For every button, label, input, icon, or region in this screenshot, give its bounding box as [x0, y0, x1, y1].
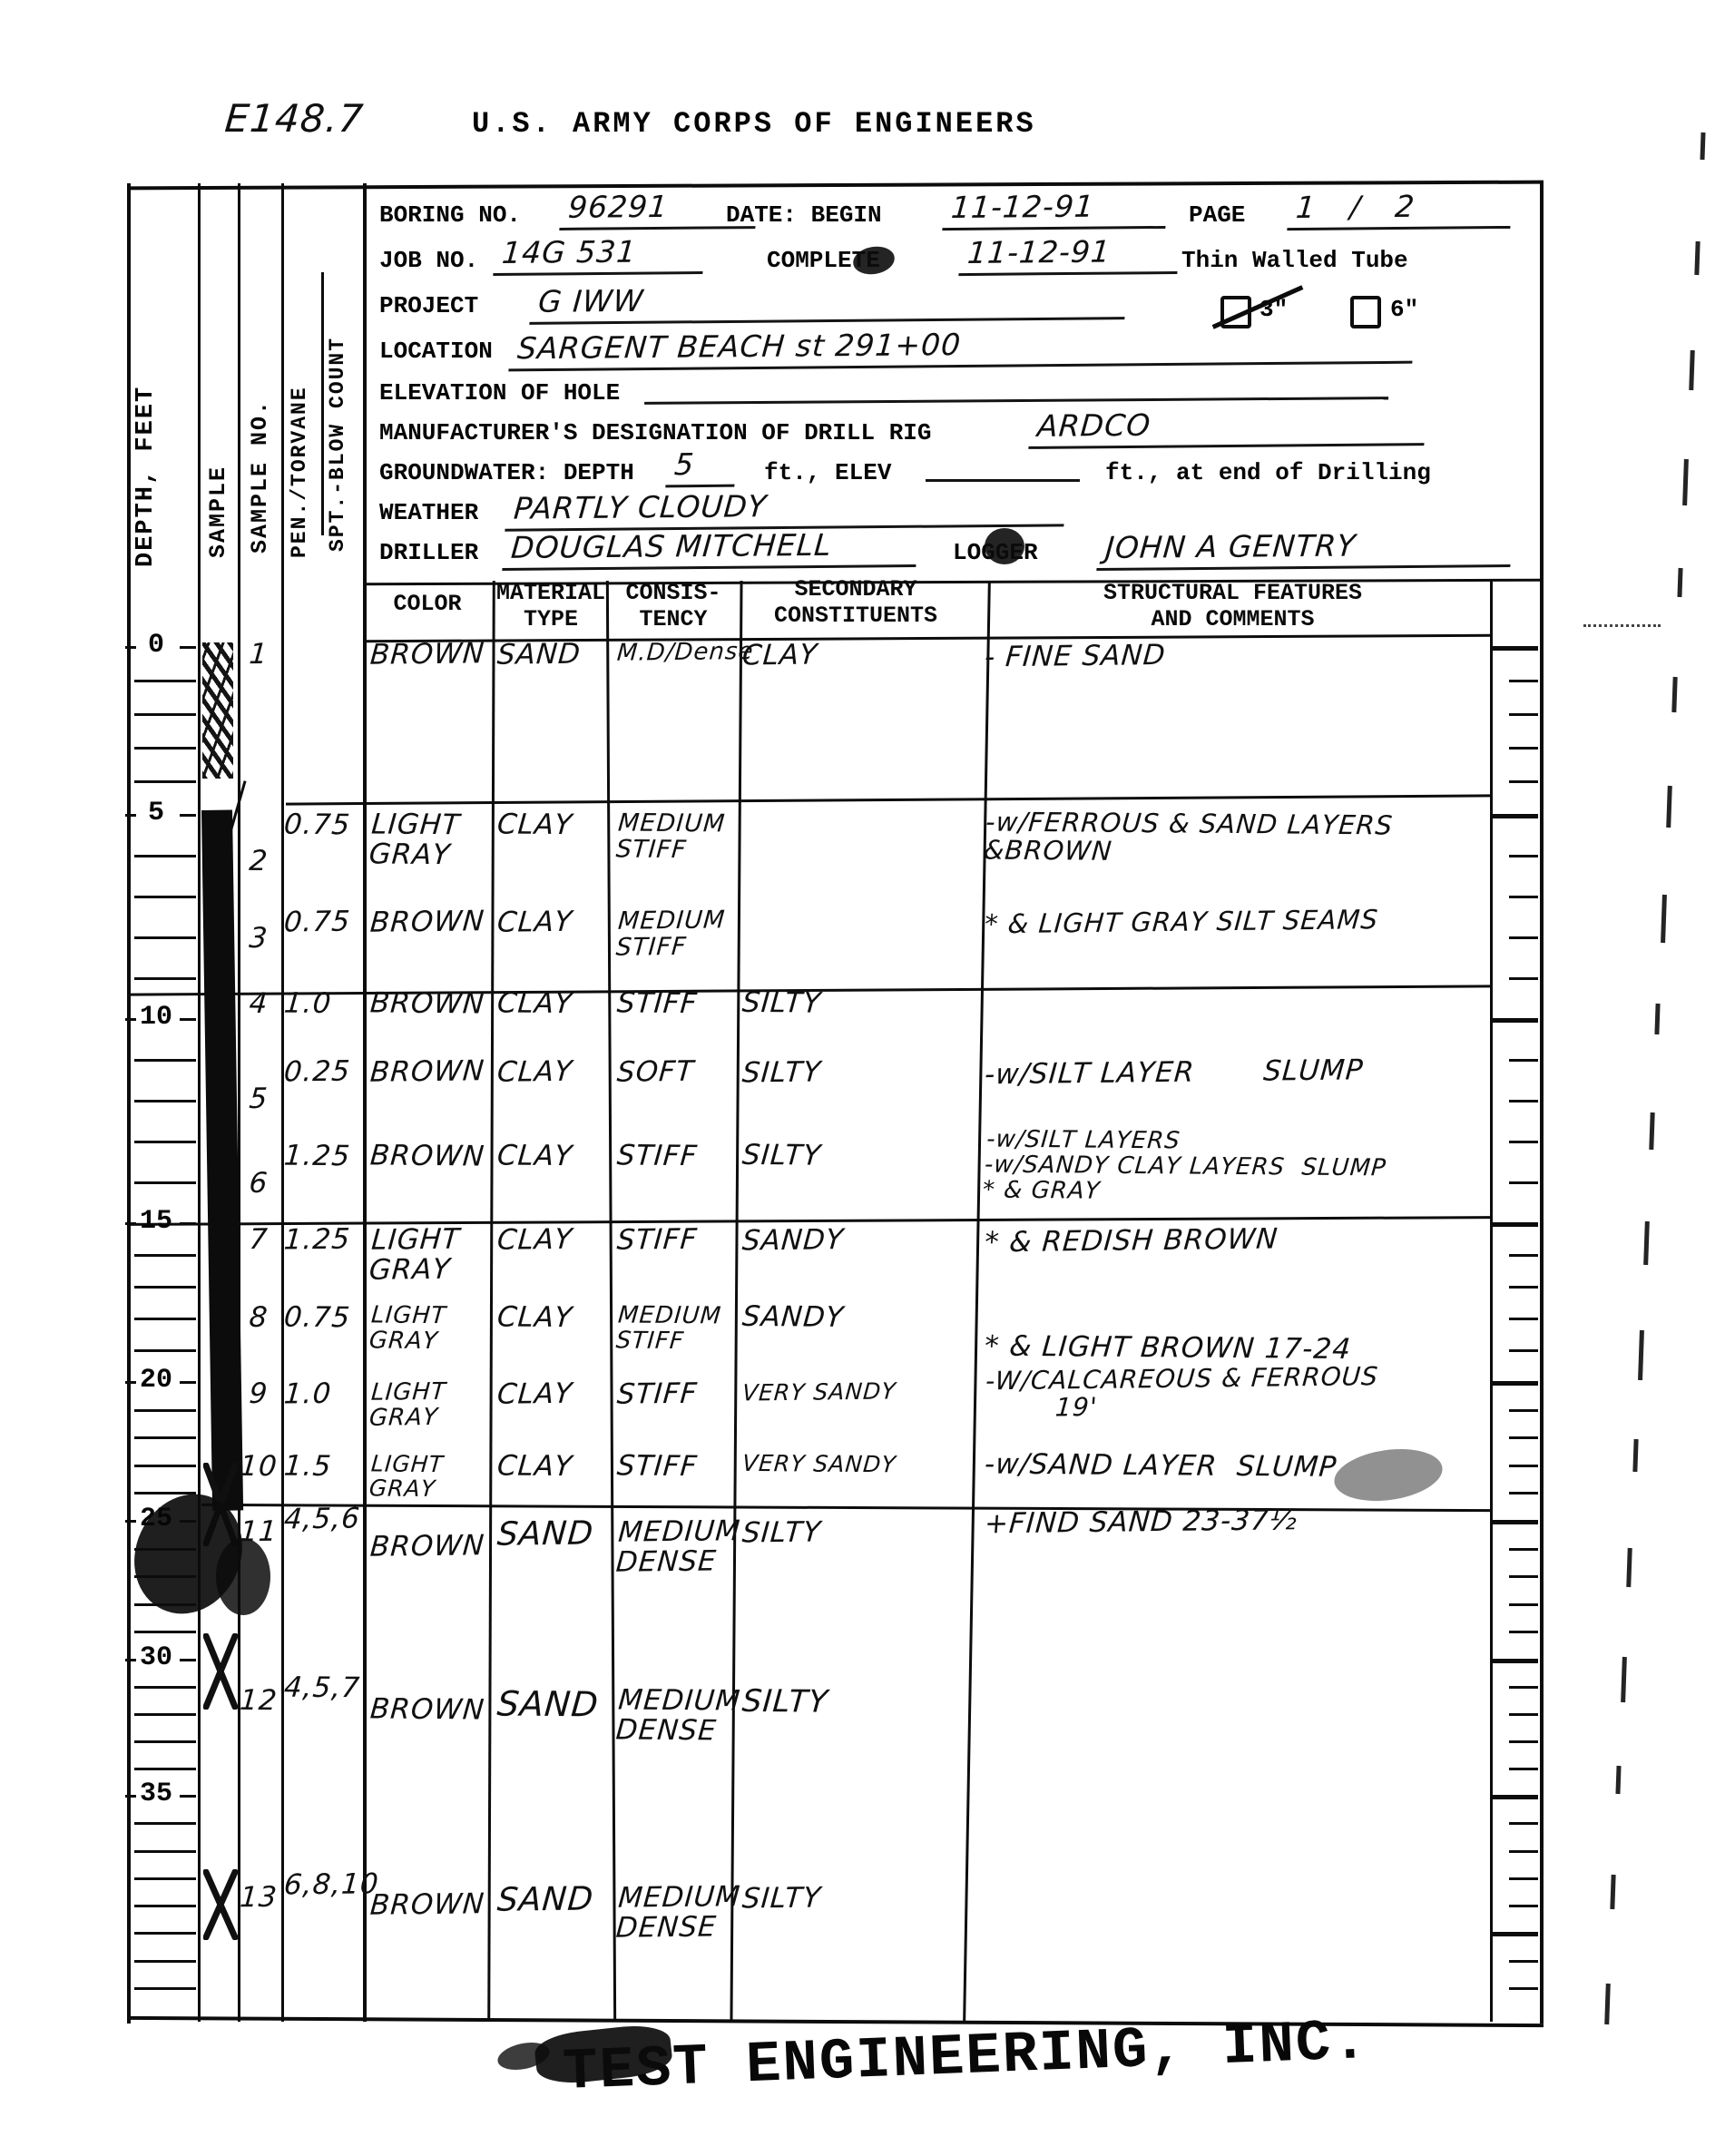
depth-minor-tick	[134, 1318, 196, 1320]
right-ruler-minor-tick	[1509, 1987, 1538, 1990]
depth-label: 35	[132, 1779, 180, 1809]
job-no-value: 14G 531	[493, 235, 705, 276]
depth-minor-tick	[134, 1409, 196, 1412]
margin-dash	[1654, 1004, 1660, 1034]
margin-dash	[1638, 1330, 1644, 1380]
company-footer: TEST ENGINEERING, INC.	[562, 2010, 1370, 2106]
depth-major-dash	[180, 1018, 196, 1021]
cell-secondary: SILTY	[741, 1881, 973, 1915]
pen-torvane-value: 0.75	[283, 906, 366, 938]
right-ruler-major-tick	[1493, 646, 1538, 651]
right-ruler-major-tick	[1493, 814, 1538, 818]
no-recovery-x-mark-13	[203, 1869, 238, 1940]
cell-consistency: SOFT	[616, 1056, 735, 1088]
depth-major-dash	[125, 1795, 136, 1798]
right-ruler-minor-tick	[1509, 1349, 1538, 1352]
sample-no: 12	[237, 1686, 281, 1717]
depth-major-dash	[180, 1795, 196, 1798]
location-label: LOCATION	[379, 338, 493, 365]
depth-label: 5	[132, 798, 180, 828]
depth-major-dash	[125, 1520, 136, 1523]
color-material-divider	[487, 581, 495, 2022]
depth-minor-tick	[134, 1686, 196, 1689]
spt-blow-count-column-label: SPT.-BLOW COUNT	[326, 279, 349, 552]
depth-minor-tick	[134, 1100, 196, 1102]
cell-consistency: STIFF	[616, 1224, 735, 1256]
right-ruler-minor-tick	[1509, 1822, 1538, 1825]
right-ruler-minor-tick	[1509, 977, 1538, 980]
depth-major-dash	[180, 1520, 196, 1523]
margin-dash	[1649, 1112, 1654, 1150]
right-ruler-minor-tick	[1509, 1877, 1538, 1880]
depth-minor-tick	[134, 1987, 196, 1990]
depth-minor-tick	[134, 1349, 196, 1352]
cell-color: LIGHT GRAY	[368, 1451, 490, 1501]
cell-color: BROWN	[369, 1694, 490, 1726]
depth-minor-tick	[134, 780, 196, 783]
depth-major-dash	[125, 646, 136, 649]
right-ruler-minor-tick	[1509, 1100, 1538, 1102]
right-ruler-minor-tick	[1509, 936, 1538, 939]
cell-comments: -w/FERROUS & SAND LAYERS &BROWN	[983, 808, 1492, 869]
project-label: PROJECT	[379, 292, 478, 319]
margin-dash	[1615, 1766, 1621, 1794]
margin-dash	[1666, 786, 1672, 828]
right-ruler-major-tick	[1493, 1795, 1538, 1799]
spt-blow-count-value: 4,5,6	[283, 1504, 366, 1535]
spt-blow-count-value: 4,5,7	[283, 1673, 366, 1704]
right-ruler-minor-tick	[1509, 1465, 1538, 1467]
right-ruler-major-tick	[1493, 1932, 1538, 1936]
driller-value: DOUGLAS MITCHELL	[502, 528, 918, 571]
right-ruler-minor-tick	[1509, 780, 1538, 783]
cell-secondary	[742, 809, 971, 811]
right-ruler-minor-tick	[1509, 1768, 1538, 1770]
cell-comments: -w/SILT LAYERS -w/SANDY CLAY LAYERS SLUM…	[982, 1127, 1493, 1208]
cell-secondary: SILTY	[741, 1141, 973, 1173]
depth-minor-tick	[134, 936, 196, 939]
depth-minor-tick	[134, 1603, 196, 1606]
right-ruler-minor-tick	[1509, 1318, 1538, 1320]
location-value: SARGENT BEACH st 291+00	[508, 325, 1415, 371]
cell-comments	[985, 1684, 1489, 1689]
table-left-border	[127, 183, 131, 2024]
cell-secondary: VERY SANDY	[741, 1451, 972, 1477]
depth-major-dash	[180, 1381, 196, 1384]
cell-comments: * & LIGHT GRAY SILT SEAMS	[984, 905, 1490, 939]
sample-no: 6	[237, 1169, 281, 1200]
pen-torvane-value: 1.25	[283, 1142, 366, 1172]
cell-color: BROWN	[369, 1889, 490, 1921]
cell-material: CLAY	[496, 1302, 612, 1334]
pen-torvane-value: 1.0	[283, 1378, 366, 1410]
weather-value: PARTLY CLOUDY	[505, 487, 1066, 531]
right-ruler-minor-tick	[1509, 1436, 1538, 1439]
cell-comments: -w/SAND LAYER SLUMP	[984, 1450, 1491, 1485]
right-ruler-minor-tick	[1509, 1850, 1538, 1853]
margin-dash	[1643, 1221, 1650, 1265]
pen-spt-divider	[321, 272, 324, 535]
right-ruler-minor-tick	[1509, 1254, 1538, 1257]
depth-label: 10	[132, 1002, 180, 1033]
elevation-label: ELEVATION OF HOLE	[379, 379, 620, 407]
pen-torvane-value: 1.0	[283, 989, 366, 1020]
sample-no: 8	[237, 1303, 281, 1334]
right-ruler-minor-tick	[1509, 896, 1538, 898]
pen-torvane-value: 1.5	[283, 1452, 366, 1483]
depth-major-dash	[125, 1222, 136, 1225]
cell-material: CLAY	[496, 1451, 612, 1483]
spt-blow-count-value: 6,8,10	[283, 1869, 366, 1901]
cell-color: LIGHT GRAY	[368, 809, 490, 871]
cell-comments	[985, 1880, 1489, 1886]
cell-comments: -w/SILT LAYER SLUMP	[984, 1054, 1490, 1091]
cell-material: SAND	[496, 1882, 612, 1918]
right-ruler-major-tick	[1493, 1520, 1538, 1524]
cell-secondary: SANDY	[741, 1223, 973, 1257]
column-header-color: COLOR	[365, 592, 490, 618]
right-ruler-minor-tick	[1509, 713, 1538, 716]
column-header-material-type: MATERIAL TYPE	[492, 581, 610, 633]
right-ruler-minor-tick	[1509, 1059, 1538, 1062]
sample-column-label: SAMPLE	[205, 404, 231, 558]
cell-material: CLAY	[496, 988, 612, 1020]
cell-material: CLAY	[496, 1224, 612, 1256]
dotted-mark	[1583, 624, 1661, 627]
depth-minor-tick	[134, 1631, 196, 1633]
date-complete-value: 11-12-91	[958, 235, 1180, 276]
right-ruler-major-tick	[1493, 1381, 1538, 1386]
margin-dash	[1661, 895, 1667, 943]
depth-minor-tick	[134, 1492, 196, 1494]
page-label: PAGE	[1189, 201, 1245, 229]
depth-major-dash	[125, 814, 136, 817]
pen-torvane-value: 0.75	[283, 810, 366, 841]
cell-secondary: SILTY	[741, 1515, 973, 1549]
column-header-secondary-constituents: SECONDARY CONSTITUENTS	[737, 577, 975, 630]
groundwater-end-label: ft., at end of Drilling	[1105, 459, 1431, 486]
right-ruler-minor-tick	[1509, 1905, 1538, 1907]
right-ruler-minor-tick	[1509, 747, 1538, 750]
margin-dash	[1604, 1984, 1611, 2024]
depth-minor-tick	[134, 855, 196, 857]
cell-consistency: STIFF	[616, 1141, 735, 1172]
depth-label: 30	[132, 1642, 180, 1673]
column-header-structural-features: STRUCTURAL FEATURES AND COMMENTS	[977, 581, 1488, 633]
cell-comments: - FINE SAND	[984, 637, 1490, 673]
material-consistency-divider	[606, 581, 616, 2022]
cell-color: BROWN	[369, 1531, 490, 1563]
depth-minor-tick	[134, 680, 196, 682]
smudge-logger	[985, 528, 1024, 564]
cell-secondary: VERY SANDY	[741, 1377, 972, 1405]
cell-color: LIGHT GRAY	[368, 1302, 490, 1354]
sample-no-column-label: SAMPLE NO.	[247, 363, 273, 554]
depth-minor-tick	[134, 1059, 196, 1062]
sample-no: 5	[237, 1084, 281, 1115]
margin-dash	[1626, 1548, 1632, 1587]
depth-minor-tick	[134, 1713, 196, 1716]
cell-material: CLAY	[496, 1378, 612, 1410]
cell-secondary: SILTY	[741, 1055, 973, 1089]
sample-no: 2	[237, 847, 281, 877]
right-ruler-minor-tick	[1509, 1603, 1538, 1606]
depth-minor-tick	[134, 1822, 196, 1825]
depth-label: 25	[132, 1504, 180, 1534]
pen-torvane-value: 0.25	[283, 1056, 366, 1088]
right-ruler-major-tick	[1493, 1659, 1538, 1663]
right-ruler-minor-tick	[1509, 855, 1538, 857]
depth-minor-tick	[134, 713, 196, 716]
table-right-border	[1540, 183, 1544, 2024]
drill-rig-label: MANUFACTURER'S DESIGNATION OF DRILL RIG	[379, 419, 932, 446]
cell-secondary	[742, 906, 971, 908]
depth-minor-tick	[134, 1575, 196, 1578]
depth-major-dash	[125, 1018, 136, 1021]
cell-consistency: STIFF	[616, 988, 735, 1020]
margin-dash	[1694, 241, 1700, 275]
right-ruler-minor-tick	[1509, 1631, 1538, 1633]
stratum-line-5ft	[286, 794, 1491, 805]
cell-material: SAND	[496, 639, 612, 671]
tube-6in-label: 6"	[1390, 296, 1418, 323]
cell-consistency: MEDIUM DENSE	[614, 1685, 735, 1747]
right-ruler-minor-tick	[1509, 680, 1538, 682]
date-begin-value: 11-12-91	[942, 190, 1168, 230]
depth-minor-tick	[134, 1286, 196, 1289]
right-ruler-minor-tick	[1509, 1409, 1538, 1412]
pen-torvane-value	[284, 639, 364, 640]
date-begin-label: DATE: BEGIN	[726, 201, 882, 229]
cell-material: SAND	[496, 1516, 612, 1553]
depth-major-dash	[180, 646, 196, 649]
cell-comments: * & LIGHT BROWN 17-24	[984, 1332, 1491, 1367]
right-ruler-minor-tick	[1509, 1181, 1538, 1184]
cell-material: CLAY	[496, 1056, 612, 1088]
groundwater-label: GROUNDWATER: DEPTH	[379, 459, 634, 486]
margin-dash	[1632, 1439, 1638, 1472]
cell-color: BROWN	[369, 988, 490, 1020]
depth-label: 0	[132, 630, 180, 661]
margin-dash	[1621, 1657, 1627, 1702]
right-ruler-minor-tick	[1509, 1548, 1538, 1551]
sample-no: 11	[237, 1517, 281, 1548]
column-header-consistency: CONSIS- TENCY	[612, 581, 735, 633]
sample-no: 13	[237, 1883, 281, 1914]
ink-splotch-small	[216, 1538, 270, 1615]
right-ruler-minor-tick	[1509, 1740, 1538, 1743]
cell-consistency: STIFF	[616, 1378, 735, 1410]
cell-secondary: SILTY	[741, 988, 973, 1021]
drill-rig-value: ARDCO	[1028, 407, 1426, 448]
pen-torvane-column-label: PEN./TORVANE	[288, 304, 311, 558]
cell-material: CLAY	[496, 906, 612, 938]
margin-dash	[1689, 350, 1695, 390]
depth-minor-tick	[134, 1768, 196, 1770]
cell-consistency: MEDIUM STIFF	[615, 906, 735, 961]
depth-major-dash	[180, 1659, 196, 1661]
groundwater-elev-blank	[926, 452, 1080, 482]
sample-no: 9	[237, 1379, 281, 1410]
cell-color: BROWN	[369, 639, 490, 671]
depth-feet-column-label: DEPTH, FEET	[132, 268, 160, 567]
groundwater-depth-value: 5	[665, 448, 737, 487]
depth-minor-tick	[134, 1141, 196, 1143]
ruler-sample-divider	[198, 183, 201, 2022]
depth-minor-tick	[134, 1960, 196, 1963]
cell-secondary: SILTY	[741, 1685, 973, 1720]
pen-main-divider	[363, 183, 367, 2022]
depth-minor-tick	[134, 747, 196, 750]
cell-comments: +FIND SAND 23-37½	[984, 1504, 1490, 1540]
depth-minor-tick	[134, 896, 196, 898]
sampleno-pen-divider	[281, 183, 284, 2022]
sheet-ref-number: E148.7	[223, 98, 366, 139]
cell-color: BROWN	[369, 906, 490, 938]
depth-major-dash	[180, 1222, 196, 1225]
depth-minor-tick	[134, 977, 196, 980]
right-ruler-minor-tick	[1509, 1686, 1538, 1689]
cell-material: CLAY	[496, 1141, 612, 1172]
right-ruler-minor-tick	[1509, 1575, 1538, 1578]
elevation-value-blank	[644, 369, 1388, 405]
margin-dash	[1682, 459, 1689, 505]
weather-label: WEATHER	[379, 499, 478, 526]
cell-color: LIGHT GRAY	[368, 1378, 490, 1431]
cell-material: SAND	[495, 1685, 611, 1723]
cell-material: CLAY	[496, 809, 612, 841]
page-value: 1 / 2	[1287, 190, 1513, 230]
pen-torvane-value: 1.25	[283, 1224, 366, 1256]
cell-consistency: MEDIUM DENSE	[614, 1882, 735, 1945]
cell-comments: * & REDISH BROWN	[984, 1222, 1490, 1259]
cell-secondary: SANDY	[741, 1302, 973, 1335]
margin-dash	[1700, 132, 1705, 160]
margin-dash	[1610, 1875, 1615, 1909]
right-ruler-major-tick	[1493, 1018, 1538, 1023]
cell-consistency: M.D/Dense	[616, 639, 734, 666]
right-ruler-minor-tick	[1509, 1141, 1538, 1143]
sample-interval-hatch	[202, 642, 233, 779]
depth-minor-tick	[134, 1465, 196, 1467]
right-ruler-minor-tick	[1509, 1286, 1538, 1289]
depth-minor-tick	[134, 1850, 196, 1853]
right-ruler-minor-tick	[1509, 1492, 1538, 1494]
driller-label: DRILLER	[379, 539, 478, 566]
right-ruler-major-tick	[1493, 1222, 1538, 1227]
depth-major-dash	[125, 1381, 136, 1384]
form-title: U.S. ARMY CORPS OF ENGINEERS	[472, 107, 1036, 141]
depth-major-dash	[125, 1659, 136, 1661]
cell-color: BROWN	[369, 1056, 490, 1088]
margin-dash	[1677, 568, 1682, 597]
depth-label: 15	[132, 1206, 180, 1237]
boring-no-label: BORING NO.	[379, 201, 521, 229]
depth-label: 20	[132, 1365, 180, 1396]
depth-minor-tick	[134, 1181, 196, 1184]
cell-consistency: MEDIUM STIFF	[615, 809, 736, 863]
depth-minor-tick	[134, 1548, 196, 1551]
cell-comments: -W/CALCAREOUS & FERROUS 19'	[983, 1362, 1492, 1423]
pen-torvane-value: 0.75	[283, 1303, 366, 1334]
sample-no: 4	[237, 989, 281, 1020]
depth-minor-tick	[134, 1905, 196, 1907]
cell-secondary: CLAY	[741, 638, 973, 671]
depth-minor-tick	[134, 1254, 196, 1257]
depth-minor-tick	[134, 1877, 196, 1880]
cell-color: LIGHT GRAY	[368, 1224, 490, 1287]
sample-no: 1	[237, 640, 281, 671]
cell-consistency: MEDIUM STIFF	[615, 1302, 735, 1354]
tube-6in-checkbox	[1350, 296, 1381, 328]
logger-value: JOHN A GENTRY	[1096, 528, 1513, 571]
cell-consistency: STIFF	[616, 1451, 735, 1483]
sample-no: 10	[237, 1452, 281, 1483]
boring-log-sheet: E148.7 U.S. ARMY CORPS OF ENGINEERS BORI…	[0, 0, 1725, 2156]
margin-dash	[1671, 677, 1677, 712]
job-no-label: JOB NO.	[379, 247, 478, 274]
sample-no: 7	[237, 1225, 281, 1256]
depth-minor-tick	[134, 1436, 196, 1439]
groundwater-elev-label: ft., ELEV	[764, 459, 891, 486]
project-value: G IWW	[529, 280, 1127, 324]
depth-minor-tick	[134, 1932, 196, 1935]
consistency-secondary-divider	[730, 581, 742, 2022]
sample-no: 3	[237, 924, 281, 955]
cell-consistency: MEDIUM DENSE	[614, 1516, 735, 1579]
no-recovery-x-mark-12	[203, 1633, 238, 1710]
cell-color: BROWN	[369, 1141, 490, 1172]
right-ruler-minor-tick	[1509, 1960, 1538, 1963]
thin-walled-tube-label: Thin Walled Tube	[1181, 247, 1408, 274]
depth-minor-tick	[134, 1740, 196, 1743]
right-ruler-minor-tick	[1509, 1713, 1538, 1716]
depth-major-dash	[180, 814, 196, 817]
